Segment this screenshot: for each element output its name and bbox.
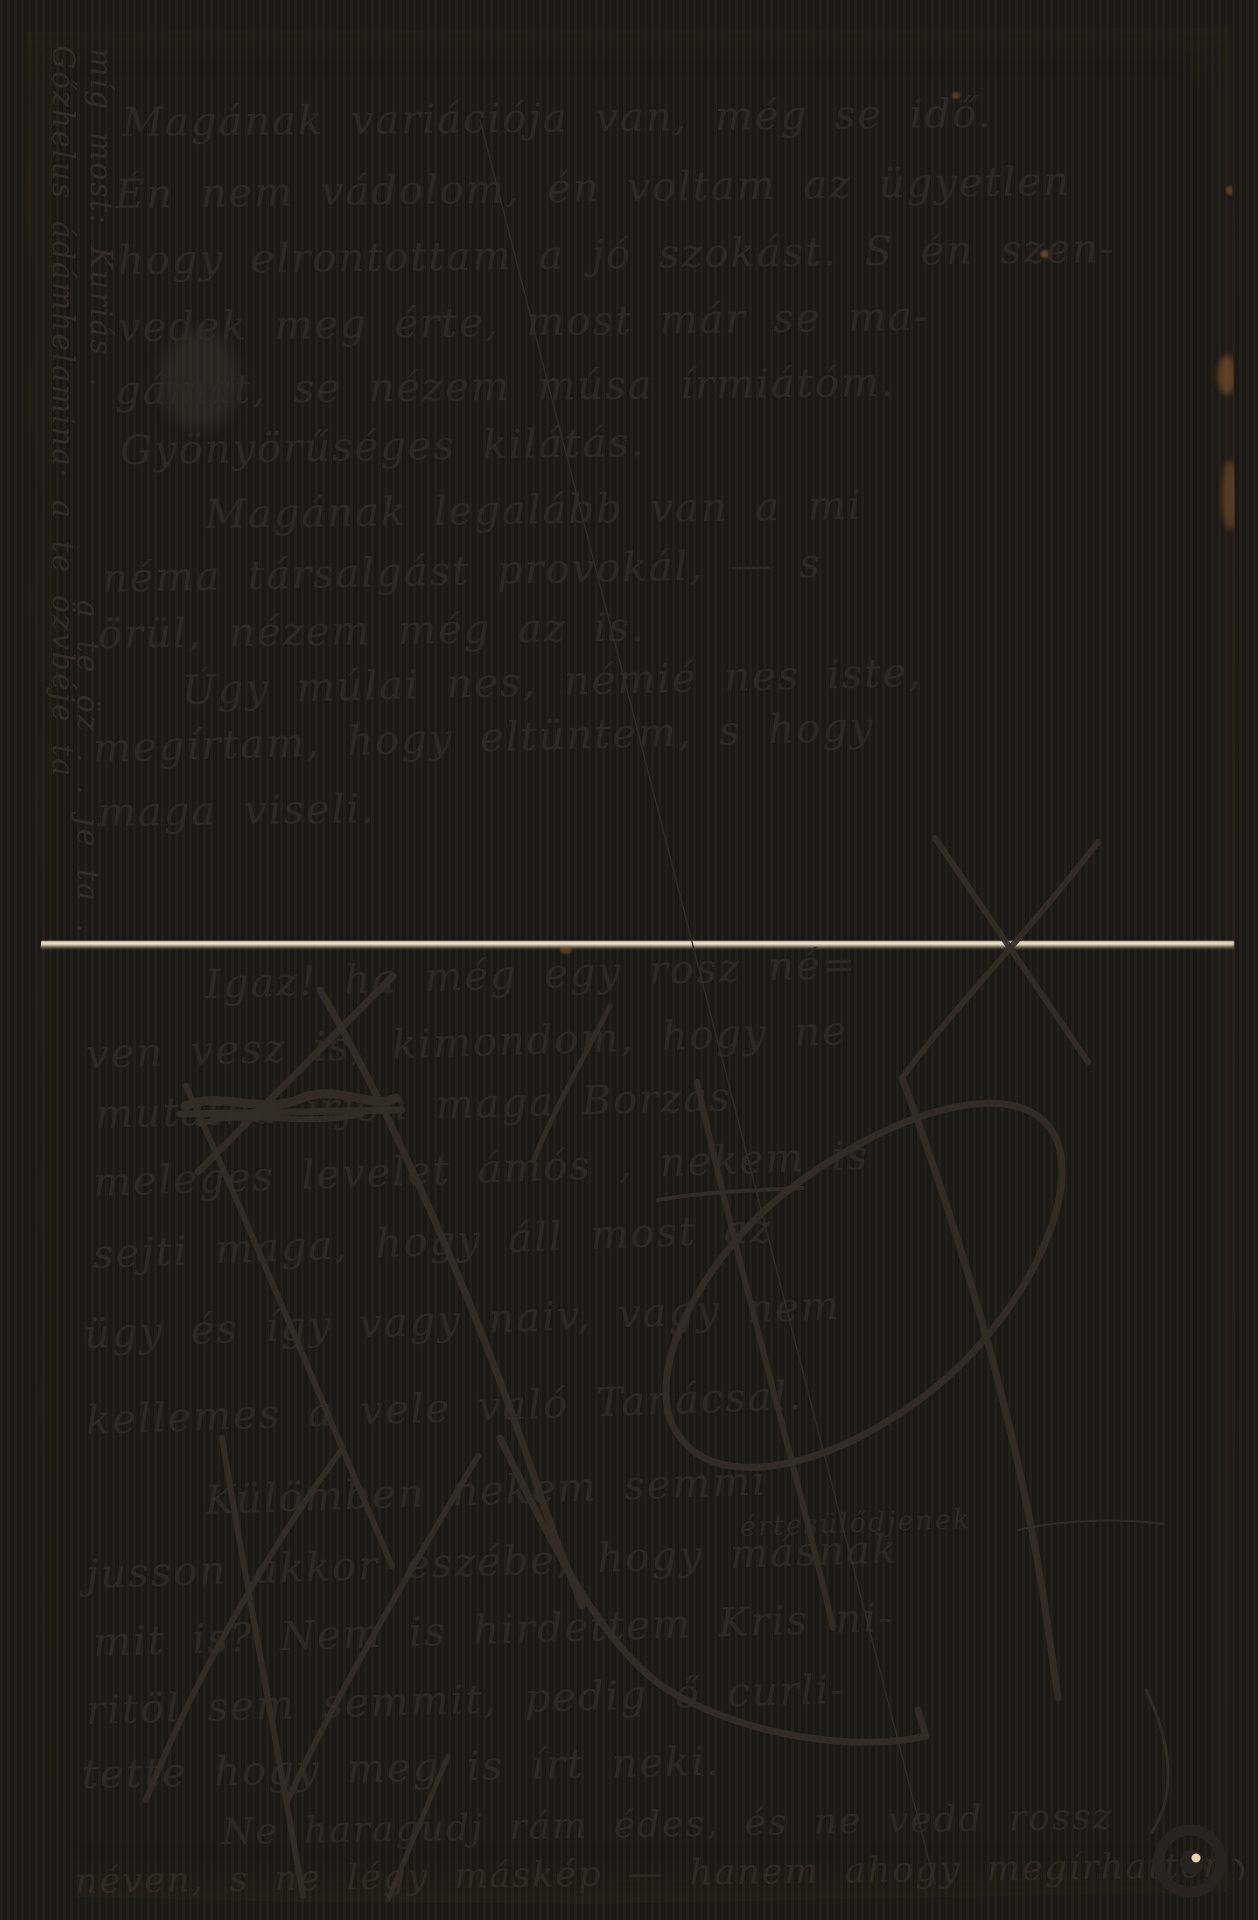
ink-stroke	[320, 990, 582, 1606]
ink-stroke	[500, 1438, 926, 1742]
ink-stroke	[1018, 1521, 1164, 1530]
ink-stroke	[185, 1094, 396, 1106]
ink-stroke	[388, 1756, 448, 1900]
ink-stroke	[180, 1110, 402, 1114]
ink-stroke	[1236, 1860, 1243, 1879]
ink-stroke	[902, 842, 1098, 1078]
photograph-of-letter: Magának variációja van, még se idő.Én ne…	[0, 0, 1258, 1920]
ink-circle-stamp-center	[1180, 1850, 1204, 1874]
ink-stroke	[534, 1006, 610, 1160]
ink-stroke	[186, 1086, 392, 1566]
ink-stroke	[1146, 1690, 1168, 1832]
ink-stroke	[287, 1456, 478, 1802]
ink-stroke	[902, 1078, 1058, 1698]
ink-stroke	[697, 1082, 833, 1628]
ink-stroke	[480, 120, 935, 1884]
ink-stroke	[222, 1438, 303, 1896]
ink-cancellation-strokes	[0, 0, 1258, 1920]
ink-circle-stamp-hole	[1192, 1854, 1201, 1863]
